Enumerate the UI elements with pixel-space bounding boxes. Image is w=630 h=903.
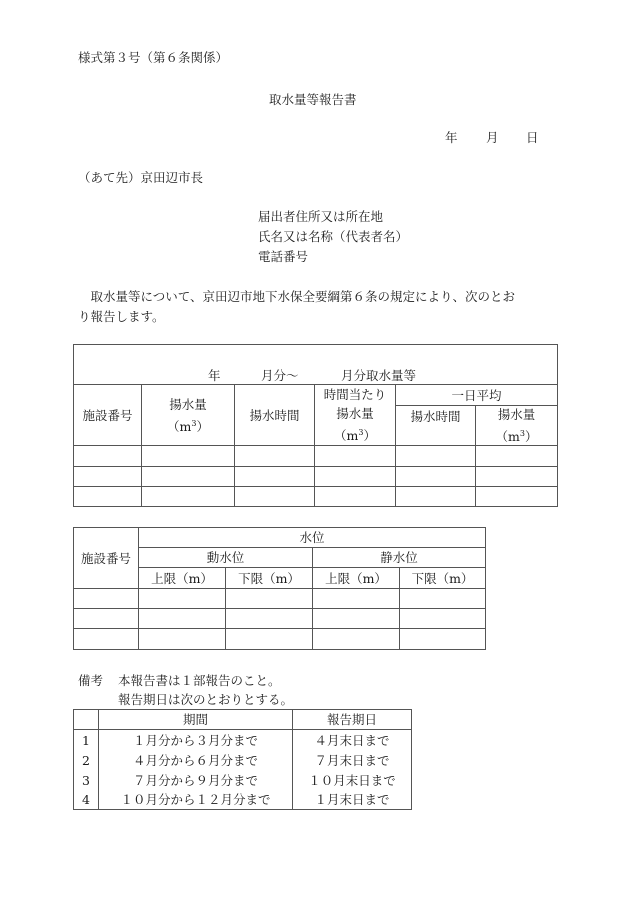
header-facility-no: 施設番号 [74,528,138,588]
notes-label: 備考 [78,671,103,689]
table-row[interactable] [74,629,485,649]
daily-volume-unit: （m3） [496,424,538,446]
date-month-label: 月 [486,128,499,146]
pumped-volume-unit: （m3） [167,414,209,436]
header-hourly-volume: 時間当たり 揚水量 （m3） [315,385,395,445]
header-daily-time: 揚水時間 [396,406,475,426]
table-row[interactable] [74,589,485,608]
period-from-label: 月分～ [261,366,299,384]
header-dynamic-lower: 下限（m） [226,568,312,588]
notes-line2: 報告期日は次のとおりとする。 [118,690,293,708]
header-period: 期間 [99,710,292,729]
table-row[interactable] [74,446,557,466]
date-day-label: 日 [526,128,539,146]
row-number: 2 [74,750,98,770]
applicant-name-label: 氏名又は名称（代表者名） [258,227,408,245]
header-dynamic-level: 動水位 [139,548,312,567]
row-period: ４月分から６月分まで [99,750,292,770]
row-number: 4 [74,789,98,809]
row-number: 1 [74,730,98,750]
header-daily-average: 一日平均 [396,385,557,405]
row-due-date: １月末日まで [293,789,411,809]
header-pumped-volume: 揚水量 （m3） [142,385,234,445]
form-number: 様式第３号（第６条関係） [78,48,228,66]
daily-volume-label: 揚水量 [498,405,536,424]
row-due-date: ４月末日まで [293,730,411,750]
header-dynamic-upper: 上限（m） [139,568,225,588]
header-daily-volume: 揚水量 （m3） [476,406,557,445]
period-year-label: 年 [208,366,221,384]
row-number: 3 [74,770,98,790]
row-due-date: ７月末日まで [293,750,411,770]
header-facility-no: 施設番号 [74,385,141,445]
date-year-label: 年 [445,128,458,146]
hourly-volume-label: 揚水量 [336,404,374,423]
row-period: １０月分から１２月分まで [99,789,292,809]
pumped-volume-label: 揚水量 [169,395,207,414]
row-period: ７月分から９月分まで [99,770,292,790]
applicant-address-label: 届出者住所又は所在地 [258,207,383,225]
header-water-level: 水位 [139,528,485,547]
row-due-date: １０月末日まで [293,770,411,790]
header-static-lower: 下限（m） [400,568,485,588]
row-period: １月分から３月分まで [99,730,292,750]
document-title: 取水量等報告書 [269,90,357,108]
header-static-upper: 上限（m） [313,568,399,588]
hourly-top-label: 時間当たり [324,385,387,404]
header-no [74,710,98,729]
body-text-line1: 取水量等について、京田辺市地下水保全要綱第６条の規定により、次のとお [78,287,515,305]
table-row[interactable] [74,609,485,628]
addressee: （あて先）京田辺市長 [78,168,203,186]
header-due-date: 報告期日 [293,710,411,729]
body-text-line2: り報告します。 [78,307,165,325]
applicant-phone-label: 電話番号 [258,247,308,265]
hourly-volume-unit: （m3） [334,423,376,445]
notes-line1: 本報告書は１部報告のこと。 [118,671,281,689]
header-static-level: 静水位 [313,548,485,567]
table-row[interactable] [74,487,557,506]
period-to-label: 月分取水量等 [341,366,416,384]
header-pumping-time: 揚水時間 [235,385,314,445]
table-row[interactable] [74,467,557,486]
